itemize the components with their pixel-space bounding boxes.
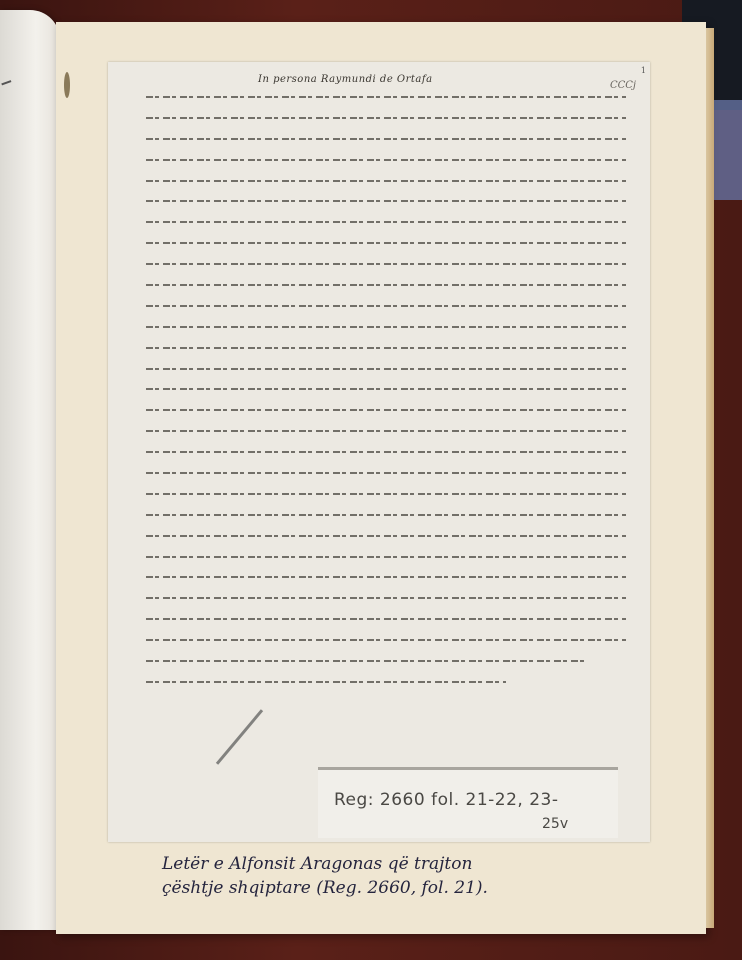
manuscript-line (146, 405, 626, 415)
manuscript-line (146, 677, 626, 687)
archive-reference-line1: Reg: 2660 fol. 21-22, 23- (334, 790, 559, 810)
manuscript-line (146, 238, 626, 248)
manuscript-line (146, 656, 626, 666)
manuscript-folio-mark: CCCj (610, 80, 636, 91)
manuscript-text-block (146, 92, 626, 698)
binding-hole (64, 72, 70, 98)
page-mark (0, 73, 11, 86)
manuscript-heading: In persona Raymundi de Ortafa (258, 74, 433, 85)
album-page: In persona Raymundi de Ortafa 1 CCCj (56, 22, 706, 934)
manuscript-line (146, 322, 626, 332)
pencil-stroke (216, 709, 263, 765)
manuscript-line (146, 364, 626, 374)
manuscript-line (146, 635, 626, 645)
manuscript-line (146, 447, 626, 457)
manuscript-line (146, 301, 626, 311)
manuscript-line (146, 134, 626, 144)
manuscript-line (146, 489, 626, 499)
page-edge (706, 28, 714, 928)
manuscript-line (146, 384, 626, 394)
manuscript-line (146, 113, 626, 123)
manuscript-line (146, 531, 626, 541)
manuscript-line (146, 155, 626, 165)
manuscript-line (146, 343, 626, 353)
manuscript-line (146, 572, 626, 582)
manuscript-line (146, 552, 626, 562)
manuscript-line (146, 510, 626, 520)
caption-line2: çështje shqiptare (Reg. 2660, fol. 21). (162, 876, 642, 900)
caption-line1: Letër e Alfonsit Aragonas që trajton (162, 852, 642, 876)
manuscript-line (146, 614, 626, 624)
manuscript-line (146, 468, 626, 478)
manuscript-line (146, 217, 626, 227)
manuscript-photo: In persona Raymundi de Ortafa 1 CCCj (108, 62, 650, 842)
manuscript-line (146, 176, 626, 186)
archive-reference-line2: 25v (542, 816, 568, 832)
left-album-page (0, 10, 60, 930)
manuscript-line (146, 593, 626, 603)
handwritten-caption: Letër e Alfonsit Aragonas që trajton çës… (162, 852, 642, 900)
archive-reference-label: Reg: 2660 fol. 21-22, 23- 25v (318, 767, 618, 838)
manuscript-line (146, 92, 626, 102)
manuscript-line (146, 259, 626, 269)
manuscript-page-number: 1 (641, 66, 646, 75)
manuscript-line (146, 280, 626, 290)
manuscript-line (146, 196, 626, 206)
manuscript-line (146, 426, 626, 436)
